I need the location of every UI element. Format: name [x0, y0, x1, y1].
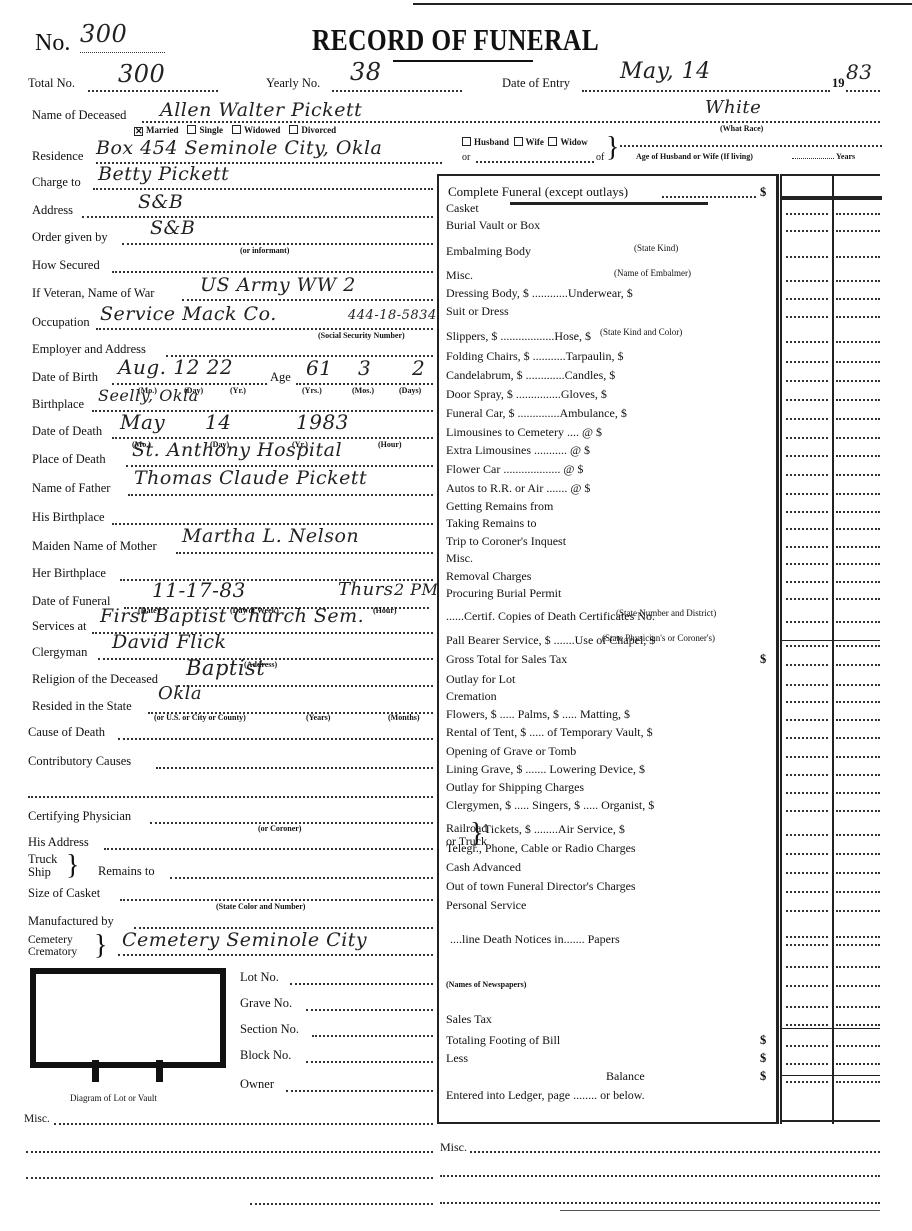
- charge-row-label: Limousines to Cemetery .... @ $: [446, 425, 602, 439]
- misc-right-line: [470, 1151, 880, 1153]
- ssn-value[interactable]: 444-18-5834: [348, 306, 437, 326]
- permit-caption: (State Number and District): [616, 609, 716, 618]
- dollar-sign: $: [760, 1033, 766, 1047]
- religion-value[interactable]: Baptist: [186, 658, 265, 678]
- veteran-value[interactable]: US Army WW 2: [200, 275, 356, 295]
- amount-cell[interactable]: [786, 455, 828, 457]
- date-of-entry-value[interactable]: May, 14: [620, 62, 711, 82]
- occupation-value[interactable]: Service Mack Co.: [100, 304, 277, 324]
- casket-size-line: [120, 899, 433, 901]
- religion-label: Religion of the Deceased: [32, 672, 158, 686]
- top-rule: [413, 3, 912, 5]
- veteran-label: If Veteran, Name of War: [32, 286, 154, 300]
- funeral-caption-hour: (Hour): [373, 606, 397, 615]
- resided-caption-place: (or U.S. or City or County): [154, 713, 246, 722]
- father-line: [128, 494, 433, 496]
- amount-cell[interactable]: [786, 645, 828, 647]
- charge-row-label: Totaling Footing of Bill: [446, 1033, 560, 1047]
- diagram-stub-left: [92, 1060, 99, 1082]
- charge-row-label: Folding Chairs, $ ...........Tarpaulin, …: [446, 349, 623, 363]
- amount-cell[interactable]: [786, 280, 828, 282]
- charge-row-label: Funeral Car, $ ..............Ambulance, …: [446, 406, 627, 420]
- amount-cell[interactable]: [836, 621, 880, 623]
- cause-label: Cause of Death: [28, 725, 105, 739]
- diagram-gap: [98, 1054, 156, 1062]
- dollar-sign: $: [760, 1069, 766, 1083]
- resided-label: Resided in the State: [32, 699, 132, 713]
- remains-to-line: [170, 877, 433, 879]
- mother-value[interactable]: Martha L. Nelson: [182, 526, 359, 546]
- father-label: Name of Father: [32, 481, 110, 495]
- amount-cell[interactable]: [836, 341, 880, 343]
- charge-row-label: Flowers, $ ..... Palms, $ ..... Matting,…: [446, 707, 630, 721]
- amount-cell[interactable]: [836, 966, 880, 968]
- section-no-label: Section No.: [240, 1022, 299, 1036]
- amount-cell[interactable]: [786, 316, 828, 318]
- amount-cell[interactable]: [786, 298, 828, 300]
- resided-value[interactable]: Okla: [158, 684, 202, 704]
- complete-funeral-label: Complete Funeral (except outlays): [448, 185, 628, 199]
- amount-cell[interactable]: [836, 936, 880, 938]
- owner-label: Owner: [240, 1077, 274, 1091]
- amount-cell[interactable]: [786, 792, 828, 794]
- dob-value[interactable]: Aug. 12 22: [118, 357, 233, 377]
- name-of-deceased-value[interactable]: Allen Walter Pickett: [160, 100, 362, 120]
- father-value[interactable]: Thomas Claude Pickett: [134, 468, 367, 488]
- amount-cell[interactable]: [836, 1024, 880, 1026]
- brace: }: [606, 134, 619, 162]
- embalming-caption: (Name of Embalmer): [614, 269, 691, 278]
- misc-left-line-4: [250, 1203, 433, 1205]
- charge-row-label: Dressing Body, $ ............Underwear, …: [446, 286, 633, 300]
- record-no-label: No.: [35, 30, 70, 56]
- checkbox-icon: [289, 125, 298, 134]
- charge-row-label: Outlay for Shipping Charges: [446, 780, 584, 794]
- amount-subtotal-rule: [782, 1075, 880, 1076]
- funeral-day-value[interactable]: Thurs: [338, 580, 394, 600]
- his-address-label: His Address: [28, 835, 89, 849]
- manufactured-label: Manufactured by: [28, 914, 114, 928]
- name-line: [142, 121, 880, 123]
- charge-row-label: ....line Death Notices in....... Papers: [450, 932, 620, 946]
- crematory-label: Crematory: [28, 946, 77, 958]
- amount-cell[interactable]: [786, 774, 828, 776]
- contributory-label: Contributory Causes: [28, 754, 131, 768]
- charge-row-label: Entered into Ledger, page ........ or be…: [446, 1088, 645, 1102]
- amount-cell[interactable]: [786, 437, 828, 439]
- amount-cell[interactable]: [836, 737, 880, 739]
- amount-cell[interactable]: [836, 910, 880, 912]
- marital-single[interactable]: Single: [187, 125, 223, 135]
- amount-cell[interactable]: [786, 361, 828, 363]
- diagram-stub-right: [156, 1060, 163, 1082]
- amount-cell[interactable]: [836, 684, 880, 686]
- physician-label: Certifying Physician: [28, 809, 131, 823]
- amount-cell[interactable]: [786, 719, 828, 721]
- order-line: [122, 243, 433, 245]
- spouse-name-line: [620, 145, 882, 147]
- brace: }: [470, 820, 483, 848]
- amount-cell[interactable]: [786, 737, 828, 739]
- order-given-by-label: Order given by: [32, 230, 108, 244]
- address-line: [82, 216, 433, 218]
- amount-column-divider-2: [780, 174, 782, 1124]
- spouse-husband[interactable]: Husband: [462, 137, 509, 147]
- race-value[interactable]: White: [705, 98, 761, 118]
- amount-cell[interactable]: [786, 891, 828, 893]
- charge-row-label: Casket: [446, 201, 479, 215]
- amount-cell[interactable]: [786, 664, 828, 666]
- misc-right-line-2: [440, 1175, 880, 1177]
- resided-caption-months: (Months): [388, 713, 420, 722]
- section-no-line: [312, 1035, 433, 1037]
- amount-cell[interactable]: [836, 280, 880, 282]
- amount-cell[interactable]: [836, 985, 880, 987]
- contributory-line-2: [28, 796, 433, 798]
- casket-caption: (State Color and Number): [216, 902, 305, 911]
- amount-cell[interactable]: [836, 810, 880, 812]
- charge-row-label: Removal Charges: [446, 569, 531, 583]
- amount-cell[interactable]: [836, 792, 880, 794]
- age-label: Age: [270, 370, 291, 384]
- charge-row-label: Sales Tax: [446, 1012, 492, 1026]
- total-no-value[interactable]: 300: [118, 64, 165, 84]
- resided-caption-years: (Years): [306, 713, 330, 722]
- suit-caption: (State Kind and Color): [600, 328, 682, 337]
- dod-month[interactable]: May: [120, 412, 165, 432]
- charge-row-label: Procuring Burial Permit: [446, 586, 561, 600]
- checkbox-icon: [462, 137, 471, 146]
- amount-cell[interactable]: [786, 810, 828, 812]
- age-caption-mos: (Mos.): [352, 386, 374, 395]
- brace: }: [94, 932, 107, 960]
- ship-label: Ship: [28, 866, 51, 878]
- cemetery-value[interactable]: Cemetery Seminole City: [122, 930, 367, 950]
- dollar-sign: $: [760, 1051, 766, 1065]
- amount-top-rule: [780, 174, 880, 176]
- amount-subtotal-rule: [782, 640, 880, 641]
- veteran-line: [182, 299, 433, 301]
- amount-cell[interactable]: [786, 256, 828, 258]
- year-suffix[interactable]: 83: [846, 62, 872, 82]
- marital-married[interactable]: ✕Married: [134, 125, 178, 135]
- year-prefix: 19: [832, 76, 845, 90]
- amount-cell[interactable]: [836, 645, 880, 647]
- amount-cell[interactable]: [786, 399, 828, 401]
- spouse-age-line: [792, 158, 834, 159]
- age-days[interactable]: 2: [412, 358, 425, 378]
- amount-cell[interactable]: [836, 546, 880, 548]
- yearly-no-label: Yearly No.: [266, 76, 320, 90]
- lot-no-line: [290, 983, 433, 985]
- dod-label: Date of Death: [32, 424, 102, 438]
- her-birthplace-label: Her Birthplace: [32, 566, 106, 580]
- amount-subtotal-rule: [782, 1028, 880, 1029]
- occupation-line: [96, 328, 433, 330]
- mother-line: [176, 552, 433, 554]
- amount-cell[interactable]: [786, 1045, 828, 1047]
- title-underline: [393, 60, 533, 62]
- amount-cell[interactable]: [786, 598, 828, 600]
- dob-label: Date of Birth: [32, 370, 98, 384]
- marital-status-group: ✕Married Single Widowed Divorced: [134, 125, 336, 136]
- amount-cell[interactable]: [786, 872, 828, 874]
- occupation-label: Occupation: [32, 315, 90, 329]
- spouse-widow[interactable]: Widow: [548, 137, 587, 147]
- charge-row-label: Trip to Coroner's Inquest: [446, 534, 566, 548]
- age-line: [296, 383, 433, 385]
- residence-label: Residence: [32, 149, 83, 163]
- amount-cell[interactable]: [836, 598, 880, 600]
- total-no-label: Total No.: [28, 76, 75, 90]
- amount-cell[interactable]: [836, 774, 880, 776]
- amount-cell[interactable]: [786, 621, 828, 623]
- amount-cell[interactable]: [836, 719, 880, 721]
- year-line: [846, 90, 880, 92]
- amount-cell[interactable]: [786, 834, 828, 836]
- charge-row-label: Slippers, $ ..................Hose, $: [446, 329, 591, 343]
- charge-row-label: Out of town Funeral Director's Charges: [446, 879, 636, 893]
- his-birthplace-label: His Birthplace: [32, 510, 105, 524]
- checkbox-icon: [514, 137, 523, 146]
- cemetery-line: [118, 954, 433, 956]
- amount-cell[interactable]: [836, 380, 880, 382]
- amount-cell[interactable]: [836, 437, 880, 439]
- age-caption-days: (Days): [399, 386, 421, 395]
- charge-row-label: Extra Limousines ........... @ $: [446, 443, 590, 457]
- charge-row-label: Getting Remains from: [446, 499, 553, 513]
- amount-thick-rule: [782, 196, 882, 200]
- amount-cell[interactable]: [836, 1063, 880, 1065]
- certif-caption: (State Physician's or Coroner's): [602, 634, 715, 643]
- block-no-line: [306, 1061, 433, 1063]
- owner-line: [286, 1090, 433, 1092]
- amount-cell[interactable]: [836, 701, 880, 703]
- how-secured-label: How Secured: [32, 258, 100, 272]
- amount-cell[interactable]: [836, 853, 880, 855]
- religion-line: [178, 685, 433, 687]
- total-no-line: [88, 90, 218, 92]
- amount-cell[interactable]: [836, 213, 880, 215]
- race-caption: (What Race): [720, 124, 763, 133]
- charge-row-label: Cremation: [446, 689, 497, 703]
- amount-cell[interactable]: [786, 230, 828, 232]
- dollar-sign: $: [760, 652, 766, 666]
- remains-to-label: Remains to: [98, 864, 155, 878]
- charge-row-label: Burial Vault or Box: [446, 218, 540, 232]
- funeral-date-label: Date of Funeral: [32, 594, 110, 608]
- marital-widowed[interactable]: Widowed: [232, 125, 280, 135]
- amount-cell[interactable]: [836, 756, 880, 758]
- amount-cell[interactable]: [786, 684, 828, 686]
- amount-cell[interactable]: [836, 316, 880, 318]
- name-of-deceased-label: Name of Deceased: [32, 108, 126, 122]
- amount-cell[interactable]: [836, 511, 880, 513]
- amount-cell[interactable]: [836, 1045, 880, 1047]
- complete-funeral-underline: [510, 202, 708, 205]
- amount-cell[interactable]: [786, 1081, 828, 1083]
- complete-funeral-line: [662, 196, 756, 198]
- charge-row-label: Balance: [606, 1069, 645, 1083]
- amount-cell[interactable]: [786, 341, 828, 343]
- amount-cell[interactable]: [786, 563, 828, 565]
- amount-column-divider-3: [832, 174, 834, 1124]
- services-value[interactable]: First Baptist Church Sem.: [100, 606, 364, 626]
- charge-to-value[interactable]: Betty Pickett: [98, 164, 229, 184]
- amount-cell[interactable]: [786, 985, 828, 987]
- amount-cell[interactable]: [836, 230, 880, 232]
- amount-cell[interactable]: [836, 361, 880, 363]
- amount-cell[interactable]: [786, 756, 828, 758]
- amount-cell[interactable]: [786, 936, 828, 938]
- order-given-by-value[interactable]: S&B: [150, 218, 195, 238]
- charge-row-label: Flower Car ................... @ $: [446, 462, 583, 476]
- date-of-entry-label: Date of Entry: [502, 76, 570, 90]
- place-of-death-label: Place of Death: [32, 452, 106, 466]
- misc-left-label: Misc.: [24, 1112, 50, 1126]
- dod-day[interactable]: 14: [205, 412, 231, 432]
- amount-cell[interactable]: [786, 474, 828, 476]
- complete-funeral-dollar: $: [760, 185, 766, 199]
- amount-cell[interactable]: [786, 1006, 828, 1008]
- place-of-death-value[interactable]: St. Anthony Hospital: [132, 440, 342, 460]
- amount-cell[interactable]: [836, 455, 880, 457]
- record-no-line: [80, 52, 165, 53]
- residence-value[interactable]: Box 454 Seminole City, Okla: [96, 138, 382, 158]
- amount-cell[interactable]: [836, 891, 880, 893]
- dod-caption-hour: (Hour): [378, 440, 402, 449]
- amount-cell[interactable]: [786, 1024, 828, 1026]
- grave-no-line: [306, 1009, 433, 1011]
- amount-cell[interactable]: [836, 256, 880, 258]
- address-label: Address: [32, 203, 73, 217]
- spouse-of: of: [596, 153, 604, 162]
- amount-cell[interactable]: [786, 213, 828, 215]
- ssn-caption: (Social Security Number): [318, 331, 405, 340]
- newspapers-caption: (Names of Newspapers): [446, 980, 526, 989]
- amount-cell[interactable]: [786, 944, 828, 946]
- amount-cell[interactable]: [786, 380, 828, 382]
- charge-row-label: Autos to R.R. or Air ....... @ $: [446, 481, 590, 495]
- page-title: RECORD OF FUNERAL: [312, 22, 599, 58]
- date-of-entry-line: [582, 90, 830, 92]
- spouse-wife[interactable]: Wife: [514, 137, 544, 147]
- amount-cell[interactable]: [786, 493, 828, 495]
- misc-left-line: [54, 1123, 433, 1125]
- amount-cell[interactable]: [836, 944, 880, 946]
- address-value[interactable]: S&B: [138, 192, 183, 212]
- amount-cell[interactable]: [836, 1081, 880, 1083]
- services-label: Services at: [32, 619, 87, 633]
- amount-cell[interactable]: [836, 581, 880, 583]
- charge-row-label: Misc.: [446, 551, 473, 565]
- amount-cell[interactable]: [786, 546, 828, 548]
- charge-row-label: Cash Advanced: [446, 860, 521, 874]
- amount-cell[interactable]: [836, 418, 880, 420]
- amount-cell[interactable]: [836, 664, 880, 666]
- spouse-or: or: [462, 153, 470, 162]
- amount-cell[interactable]: [786, 418, 828, 420]
- dob-line: [112, 383, 267, 385]
- amount-cell[interactable]: [786, 581, 828, 583]
- truck-label: Truck: [28, 853, 57, 865]
- amount-cell[interactable]: [786, 853, 828, 855]
- spouse-group: Husband Wife Widow: [462, 137, 588, 147]
- brace: }: [66, 852, 79, 880]
- cause-line: [118, 738, 433, 740]
- amount-column-divider-1: [776, 174, 778, 1124]
- charge-row-label: Embalming Body: [446, 244, 531, 258]
- amount-cell[interactable]: [786, 910, 828, 912]
- birthplace-value[interactable]: Seelly, Okla: [98, 386, 199, 406]
- misc-left-line-2: [26, 1151, 433, 1153]
- amount-cell[interactable]: [786, 1063, 828, 1065]
- funeral-date-value[interactable]: 11-17-83: [152, 580, 246, 600]
- bottom-rule: [560, 1210, 880, 1211]
- block-no-label: Block No.: [240, 1048, 291, 1062]
- employer-label: Employer and Address: [32, 342, 146, 356]
- charge-row-label: Taking Remains to: [446, 516, 536, 530]
- charge-row-label: Candelabrum, $ .............Candles, $: [446, 368, 615, 382]
- years-label: Years: [836, 152, 855, 161]
- amount-cell[interactable]: [836, 563, 880, 565]
- dod-year[interactable]: 1983: [296, 412, 349, 432]
- record-no-value[interactable]: 300: [80, 24, 127, 44]
- amount-cell[interactable]: [836, 399, 880, 401]
- amount-cell[interactable]: [836, 1006, 880, 1008]
- clergyman-value[interactable]: David Flick: [112, 632, 227, 652]
- order-caption: (or informant): [240, 246, 289, 255]
- amount-cell[interactable]: [786, 966, 828, 968]
- amount-cell[interactable]: [836, 872, 880, 874]
- amount-cell[interactable]: [836, 493, 880, 495]
- amount-cell[interactable]: [836, 834, 880, 836]
- charge-row-label: Less: [446, 1051, 468, 1065]
- charge-to-label: Charge to: [32, 175, 81, 189]
- age-months[interactable]: 3: [358, 358, 371, 378]
- marital-divorced[interactable]: Divorced: [289, 125, 336, 135]
- amount-cell[interactable]: [836, 528, 880, 530]
- charge-row-label: Personal Service: [446, 898, 526, 912]
- physician-caption: (or Coroner): [258, 824, 301, 833]
- lot-no-label: Lot No.: [240, 970, 279, 984]
- amount-cell[interactable]: [786, 511, 828, 513]
- charge-row-label: Outlay for Lot: [446, 672, 515, 686]
- yearly-no-line: [332, 90, 462, 92]
- misc-right-line-3: [440, 1202, 880, 1204]
- amount-bottom-rule: [780, 1120, 880, 1122]
- charge-row-label: Gross Total for Sales Tax: [446, 652, 567, 666]
- amount-cell[interactable]: [836, 298, 880, 300]
- diagram-caption: Diagram of Lot or Vault: [70, 1094, 157, 1103]
- charge-row-label: Misc.: [446, 268, 473, 282]
- amount-cell[interactable]: [786, 528, 828, 530]
- charge-to-line: [93, 188, 433, 190]
- misc-right-label: Misc.: [440, 1140, 467, 1154]
- checkbox-icon: [548, 137, 557, 146]
- amount-cell[interactable]: [836, 474, 880, 476]
- charge-row-label: Door Spray, $ ...............Gloves, $: [446, 387, 607, 401]
- dob-caption-yr: (Yr.): [230, 386, 246, 395]
- charge-row-label: Clergymen, $ ..... Singers, $ ..... Orga…: [446, 798, 654, 812]
- age-years[interactable]: 61: [306, 358, 332, 378]
- amount-cell[interactable]: [786, 701, 828, 703]
- yearly-no-value[interactable]: 38: [350, 62, 382, 82]
- contributory-line: [156, 767, 433, 769]
- burial-vault-caption: (State Kind): [634, 244, 678, 253]
- mother-label: Maiden Name of Mother: [32, 539, 157, 553]
- funeral-hour-value[interactable]: 2 PM: [394, 580, 438, 600]
